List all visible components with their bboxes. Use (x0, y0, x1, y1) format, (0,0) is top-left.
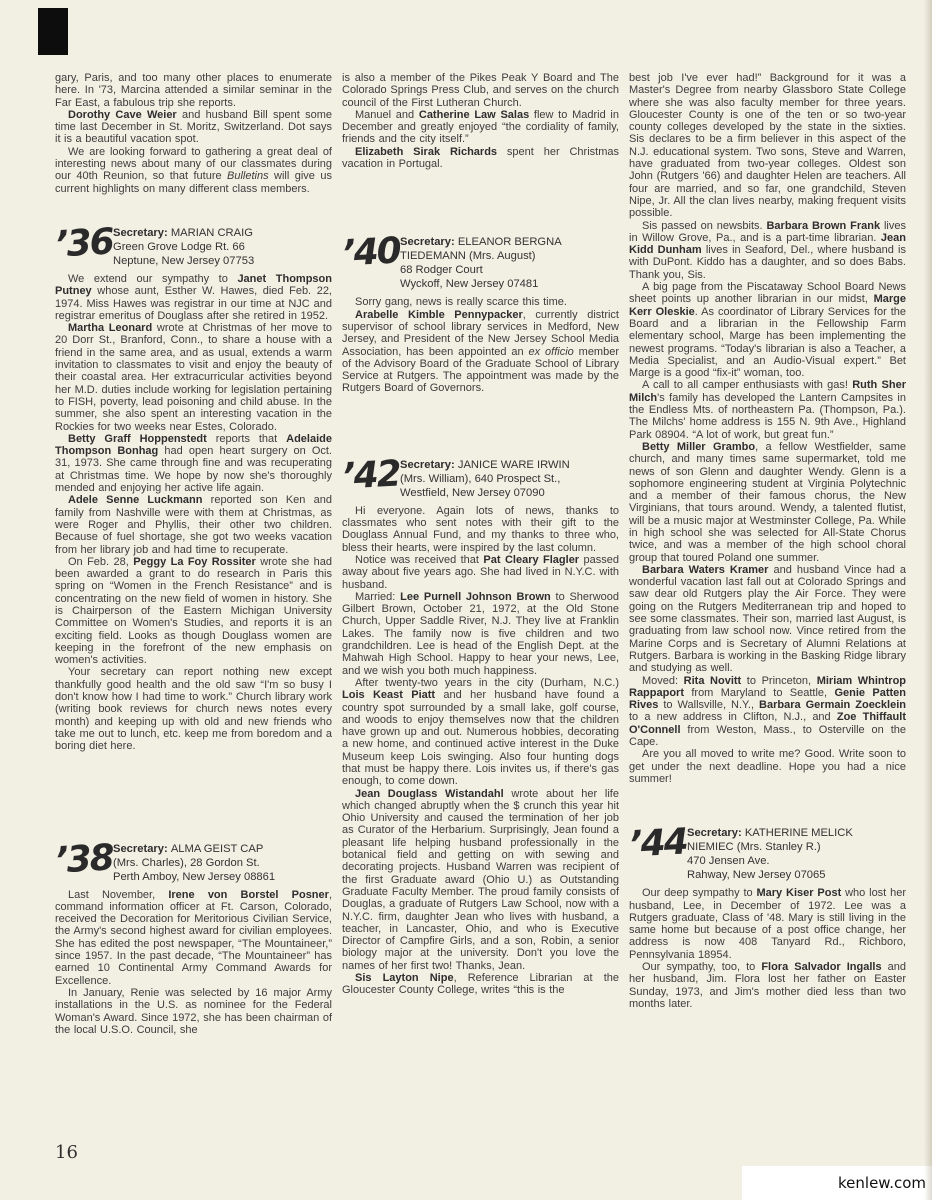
text-run: After twenty-two years in the city (Durh… (355, 677, 619, 689)
text-run: Married: (355, 591, 400, 603)
classmate-name: Adele Senne Luckmann (68, 494, 202, 506)
paragraph: Elizabeth Sirak Richards spent her Chris… (342, 146, 619, 171)
text-run: In January, Renie was selected by 16 maj… (55, 987, 332, 1036)
text-run: Notice was received that (355, 554, 483, 566)
paragraph: Betty Graff Hoppenstedt reports that Ade… (55, 433, 332, 494)
paragraph: Adele Senne Luckmann reported son Ken an… (55, 494, 332, 555)
classmate-name: Flora Salvador Ingalls (761, 961, 881, 973)
paragraph: Barbara Waters Kramer and husband Vince … (629, 564, 906, 675)
paragraph: Sorry gang, news is really scarce this t… (342, 296, 619, 308)
paragraph: Sis passed on newsbits. Barbara Brown Fr… (629, 220, 906, 281)
text-run: ex officio (529, 346, 574, 358)
text-run: A big page from the Piscataway School Bo… (629, 281, 906, 305)
text-run: and her husband have found a country spo… (342, 689, 619, 787)
text-run: to Sherwood Gilbert Brown, October 21, 1… (342, 591, 619, 677)
text-run: JANICE WARE IRWIN (458, 459, 570, 471)
paragraph: Our deep sympathy to Mary Kiser Post who… (629, 887, 906, 961)
text-run: Bulletins (227, 170, 269, 182)
paragraph: Hi everyone. Again lots of news, thanks … (342, 505, 619, 554)
paragraph: In January, Renie was selected by 16 maj… (55, 987, 332, 1036)
class-year-marker: ’40 (341, 233, 401, 274)
classmate-name: Arabelle Kimble Pennypacker (355, 309, 523, 321)
secretary-address-block: Secretary: JANICE WARE IRWIN(Mrs. Willia… (400, 457, 570, 500)
text-run: ALMA GEIST CAP (171, 843, 263, 855)
classmate-name: Betty Graff Hoppenstedt (68, 433, 207, 445)
watermark-text: kenlew.com (838, 1174, 926, 1192)
paragraph: gary, Paris, and too many other places t… (55, 72, 332, 109)
text-run: from Maryland to Seattle, (684, 687, 834, 699)
text-run: , command information officer at Ft. Car… (55, 889, 332, 987)
text-run: to a new address in Clifton, N.J., and (629, 711, 837, 723)
text-run: Green Grove Lodge Rt. 66 (113, 241, 245, 253)
text-run: to Wallsville, N.Y., (658, 699, 759, 711)
paragraph: We are looking forward to gathering a gr… (55, 146, 332, 195)
classmate-name: Sis Layton Nipe (355, 972, 454, 984)
paragraph: Dorothy Cave Weier and husband Bill spen… (55, 109, 332, 146)
text-run: 's family has developed the Lantern Camp… (629, 392, 906, 441)
secretary-address-line: 68 Rodger Court (400, 263, 562, 277)
text-run: gary, Paris, and too many other places t… (55, 72, 332, 109)
paragraph: Sis Layton Nipe, Reference Librarian at … (342, 972, 619, 997)
text-run: On Feb. 28, (68, 556, 133, 568)
column-2: is also a member of the Pikes Peak Y Boa… (342, 72, 619, 1036)
paragraph: Notice was received that Pat Cleary Flag… (342, 554, 619, 591)
text-run: Hi everyone. Again lots of news, thanks … (342, 505, 619, 554)
classmate-name: Catherine Law Salas (419, 109, 529, 121)
secretary-address-line: (Mrs. Charles), 28 Gordon St. (113, 856, 275, 870)
class-year-marker: ’42 (341, 455, 401, 496)
classmate-name: Barbara Waters Kramer (642, 564, 768, 576)
text-run: A call to all camper enthusiasts with ga… (642, 379, 852, 391)
classmate-name: Rita Novitt (684, 675, 742, 687)
secretary-address-block: Secretary: MARIAN CRAIGGreen Grove Lodge… (113, 225, 254, 268)
secretary-address-line: 470 Jensen Ave. (687, 854, 853, 868)
watermark-box: kenlew.com (742, 1166, 932, 1200)
classmate-name: Barbara Brown Frank (766, 220, 880, 232)
text-run: KATHERINE MELICK (745, 827, 853, 839)
classmate-name: Elizabeth Sirak Richards (355, 146, 497, 158)
paragraph: Are you all moved to write me? Good. Wri… (629, 748, 906, 785)
classmate-name: Dorothy Cave Weier (68, 109, 177, 121)
paragraph: On Feb. 28, Peggy La Foy Rossiter wrote … (55, 556, 332, 667)
classmate-name: Lois Keast Piatt (342, 689, 435, 701)
text-run: NIEMIEC (Mrs. Stanley R.) (687, 841, 821, 853)
column-1: gary, Paris, and too many other places t… (55, 72, 332, 1036)
paragraph: Betty Miller Grambo, a fellow Westfielde… (629, 441, 906, 564)
class-year-section-header: ’38Secretary: ALMA GEIST CAP(Mrs. Charle… (55, 841, 332, 884)
text-run: best job I've ever had!” Background for … (629, 72, 906, 219)
column-3: best job I've ever had!” Background for … (629, 72, 906, 1036)
classmate-name: Martha Leonard (68, 322, 152, 334)
paragraph: Your secretary can report nothing new ex… (55, 666, 332, 752)
classmate-name: Secretary: (113, 227, 171, 239)
secretary-address-line: Secretary: KATHERINE MELICK (687, 826, 853, 840)
text-run: Perth Amboy, New Jersey 08861 (113, 871, 275, 883)
secretary-address-line: NIEMIEC (Mrs. Stanley R.) (687, 840, 853, 854)
text-run: 68 Rodger Court (400, 264, 483, 276)
magazine-page: gary, Paris, and too many other places t… (0, 0, 932, 1200)
text-run: , a fellow Westfielder, same church, and… (629, 441, 906, 564)
text-run: Our deep sympathy to (642, 887, 756, 899)
text-run: Manuel and (355, 109, 419, 121)
classmate-name: Mary Kiser Post (756, 887, 841, 899)
paragraph: Moved: Rita Novitt to Princeton, Miriam … (629, 675, 906, 749)
secretary-address-line: Green Grove Lodge Rt. 66 (113, 240, 254, 254)
text-run: TIEDEMANN (Mrs. August) (400, 250, 536, 262)
paragraph: A call to all camper enthusiasts with ga… (629, 379, 906, 440)
class-year-section-header: ’44Secretary: KATHERINE MELICKNIEMIEC (M… (629, 825, 906, 882)
secretary-address-line: Neptune, New Jersey 07753 (113, 254, 254, 268)
text-run: wrote she had been awarded a grant to do… (55, 556, 332, 666)
page-edge-shadow (924, 0, 932, 1200)
class-year-marker: ’44 (628, 824, 688, 865)
secretary-address-line: Secretary: ALMA GEIST CAP (113, 842, 275, 856)
classmate-name: Lee Purnell Johnson Brown (400, 591, 551, 603)
classmate-name: Secretary: (687, 827, 745, 839)
secretary-address-block: Secretary: KATHERINE MELICKNIEMIEC (Mrs.… (687, 825, 853, 882)
class-year-section-header: ’40Secretary: ELEANOR BERGNATIEDEMANN (M… (342, 234, 619, 291)
classmate-name: Peggy La Foy Rossiter (133, 556, 256, 568)
text-run: Last November, (68, 889, 168, 901)
text-run: wrote about her life which changed abrup… (342, 788, 619, 972)
text-run: reports that (207, 433, 286, 445)
secretary-address-line: Secretary: MARIAN CRAIG (113, 226, 254, 240)
secretary-address-line: Wyckoff, New Jersey 07481 (400, 277, 562, 291)
secretary-address-block: Secretary: ALMA GEIST CAP(Mrs. Charles),… (113, 841, 275, 884)
paragraph: Our sympathy, too, to Flora Salvador Ing… (629, 961, 906, 1010)
paragraph: A big page from the Piscataway School Bo… (629, 281, 906, 379)
secretary-address-line: TIEDEMANN (Mrs. August) (400, 249, 562, 263)
classmate-name: Pat Cleary Flagler (483, 554, 579, 566)
classmate-name: Jean Douglass Wistandahl (355, 788, 504, 800)
class-year-section-header: ’36Secretary: MARIAN CRAIGGreen Grove Lo… (55, 225, 332, 268)
text-run: and husband Vince had a wonderful vacati… (629, 564, 906, 674)
classmate-name: Secretary: (400, 236, 458, 248)
text-run: (Mrs. Charles), 28 Gordon St. (113, 857, 260, 869)
classmate-name: Barbara Germain Zoecklein (759, 699, 906, 711)
class-year-section-header: ’42Secretary: JANICE WARE IRWIN(Mrs. Wil… (342, 457, 619, 500)
text-run: Are you all moved to write me? Good. Wri… (629, 748, 906, 785)
secretary-address-line: Secretary: ELEANOR BERGNA (400, 235, 562, 249)
text-run: Sis passed on newsbits. (642, 220, 766, 232)
text-run: whose aunt, Esther W. Hawes, died Feb. 2… (55, 285, 332, 322)
text-run: Westfield, New Jersey 07090 (400, 487, 545, 499)
paragraph: is also a member of the Pikes Peak Y Boa… (342, 72, 619, 109)
paragraph: Arabelle Kimble Pennypacker, currently d… (342, 309, 619, 395)
paragraph: Martha Leonard wrote at Christmas of her… (55, 322, 332, 433)
text-run: (Mrs. William), 640 Prospect St., (400, 473, 560, 485)
paragraph: Manuel and Catherine Law Salas flew to M… (342, 109, 619, 146)
text-run: Sorry gang, news is really scarce this t… (355, 296, 567, 308)
classmate-name: Irene von Borstel Posner (168, 889, 329, 901)
paragraph: best job I've ever had!” Background for … (629, 72, 906, 220)
text-run: Our sympathy, too, to (642, 961, 761, 973)
text-run: We extend our sympathy to (68, 273, 237, 285)
class-year-marker: ’38 (54, 839, 114, 880)
class-year-marker: ’36 (54, 223, 114, 264)
text-run: MARIAN CRAIG (171, 227, 253, 239)
secretary-address-line: Perth Amboy, New Jersey 08861 (113, 870, 275, 884)
secretary-address-line: (Mrs. William), 640 Prospect St., (400, 472, 570, 486)
text-run: to Princeton, (741, 675, 816, 687)
secretary-address-line: Secretary: JANICE WARE IRWIN (400, 458, 570, 472)
text-run: is also a member of the Pikes Peak Y Boa… (342, 72, 619, 109)
text-run: Your secretary can report nothing new ex… (55, 666, 332, 752)
paragraph: We extend our sympathy to Janet Thompson… (55, 273, 332, 322)
text-run: Neptune, New Jersey 07753 (113, 255, 254, 267)
text-run: Rahway, New Jersey 07065 (687, 869, 825, 881)
paragraph: After twenty-two years in the city (Durh… (342, 677, 619, 788)
text-run: Wyckoff, New Jersey 07481 (400, 278, 538, 290)
secretary-address-line: Westfield, New Jersey 07090 (400, 486, 570, 500)
text-columns: gary, Paris, and too many other places t… (55, 72, 907, 1036)
text-run: wrote at Christmas of her move to 20 Dor… (55, 322, 332, 432)
classmate-name: Secretary: (113, 843, 171, 855)
secretary-address-block: Secretary: ELEANOR BERGNATIEDEMANN (Mrs.… (400, 234, 562, 291)
paragraph: Married: Lee Purnell Johnson Brown to Sh… (342, 591, 619, 677)
classmate-name: Betty Miller Grambo (642, 441, 755, 453)
text-run: ELEANOR BERGNA (458, 236, 562, 248)
classmate-name: Secretary: (400, 459, 458, 471)
text-run: Moved: (642, 675, 684, 687)
text-run: 470 Jensen Ave. (687, 855, 770, 867)
corner-registration-mark (38, 8, 68, 55)
paragraph: Jean Douglass Wistandahl wrote about her… (342, 788, 619, 972)
page-number: 16 (55, 1142, 78, 1163)
paragraph: Last November, Irene von Borstel Posner,… (55, 889, 332, 987)
secretary-address-line: Rahway, New Jersey 07065 (687, 868, 853, 882)
